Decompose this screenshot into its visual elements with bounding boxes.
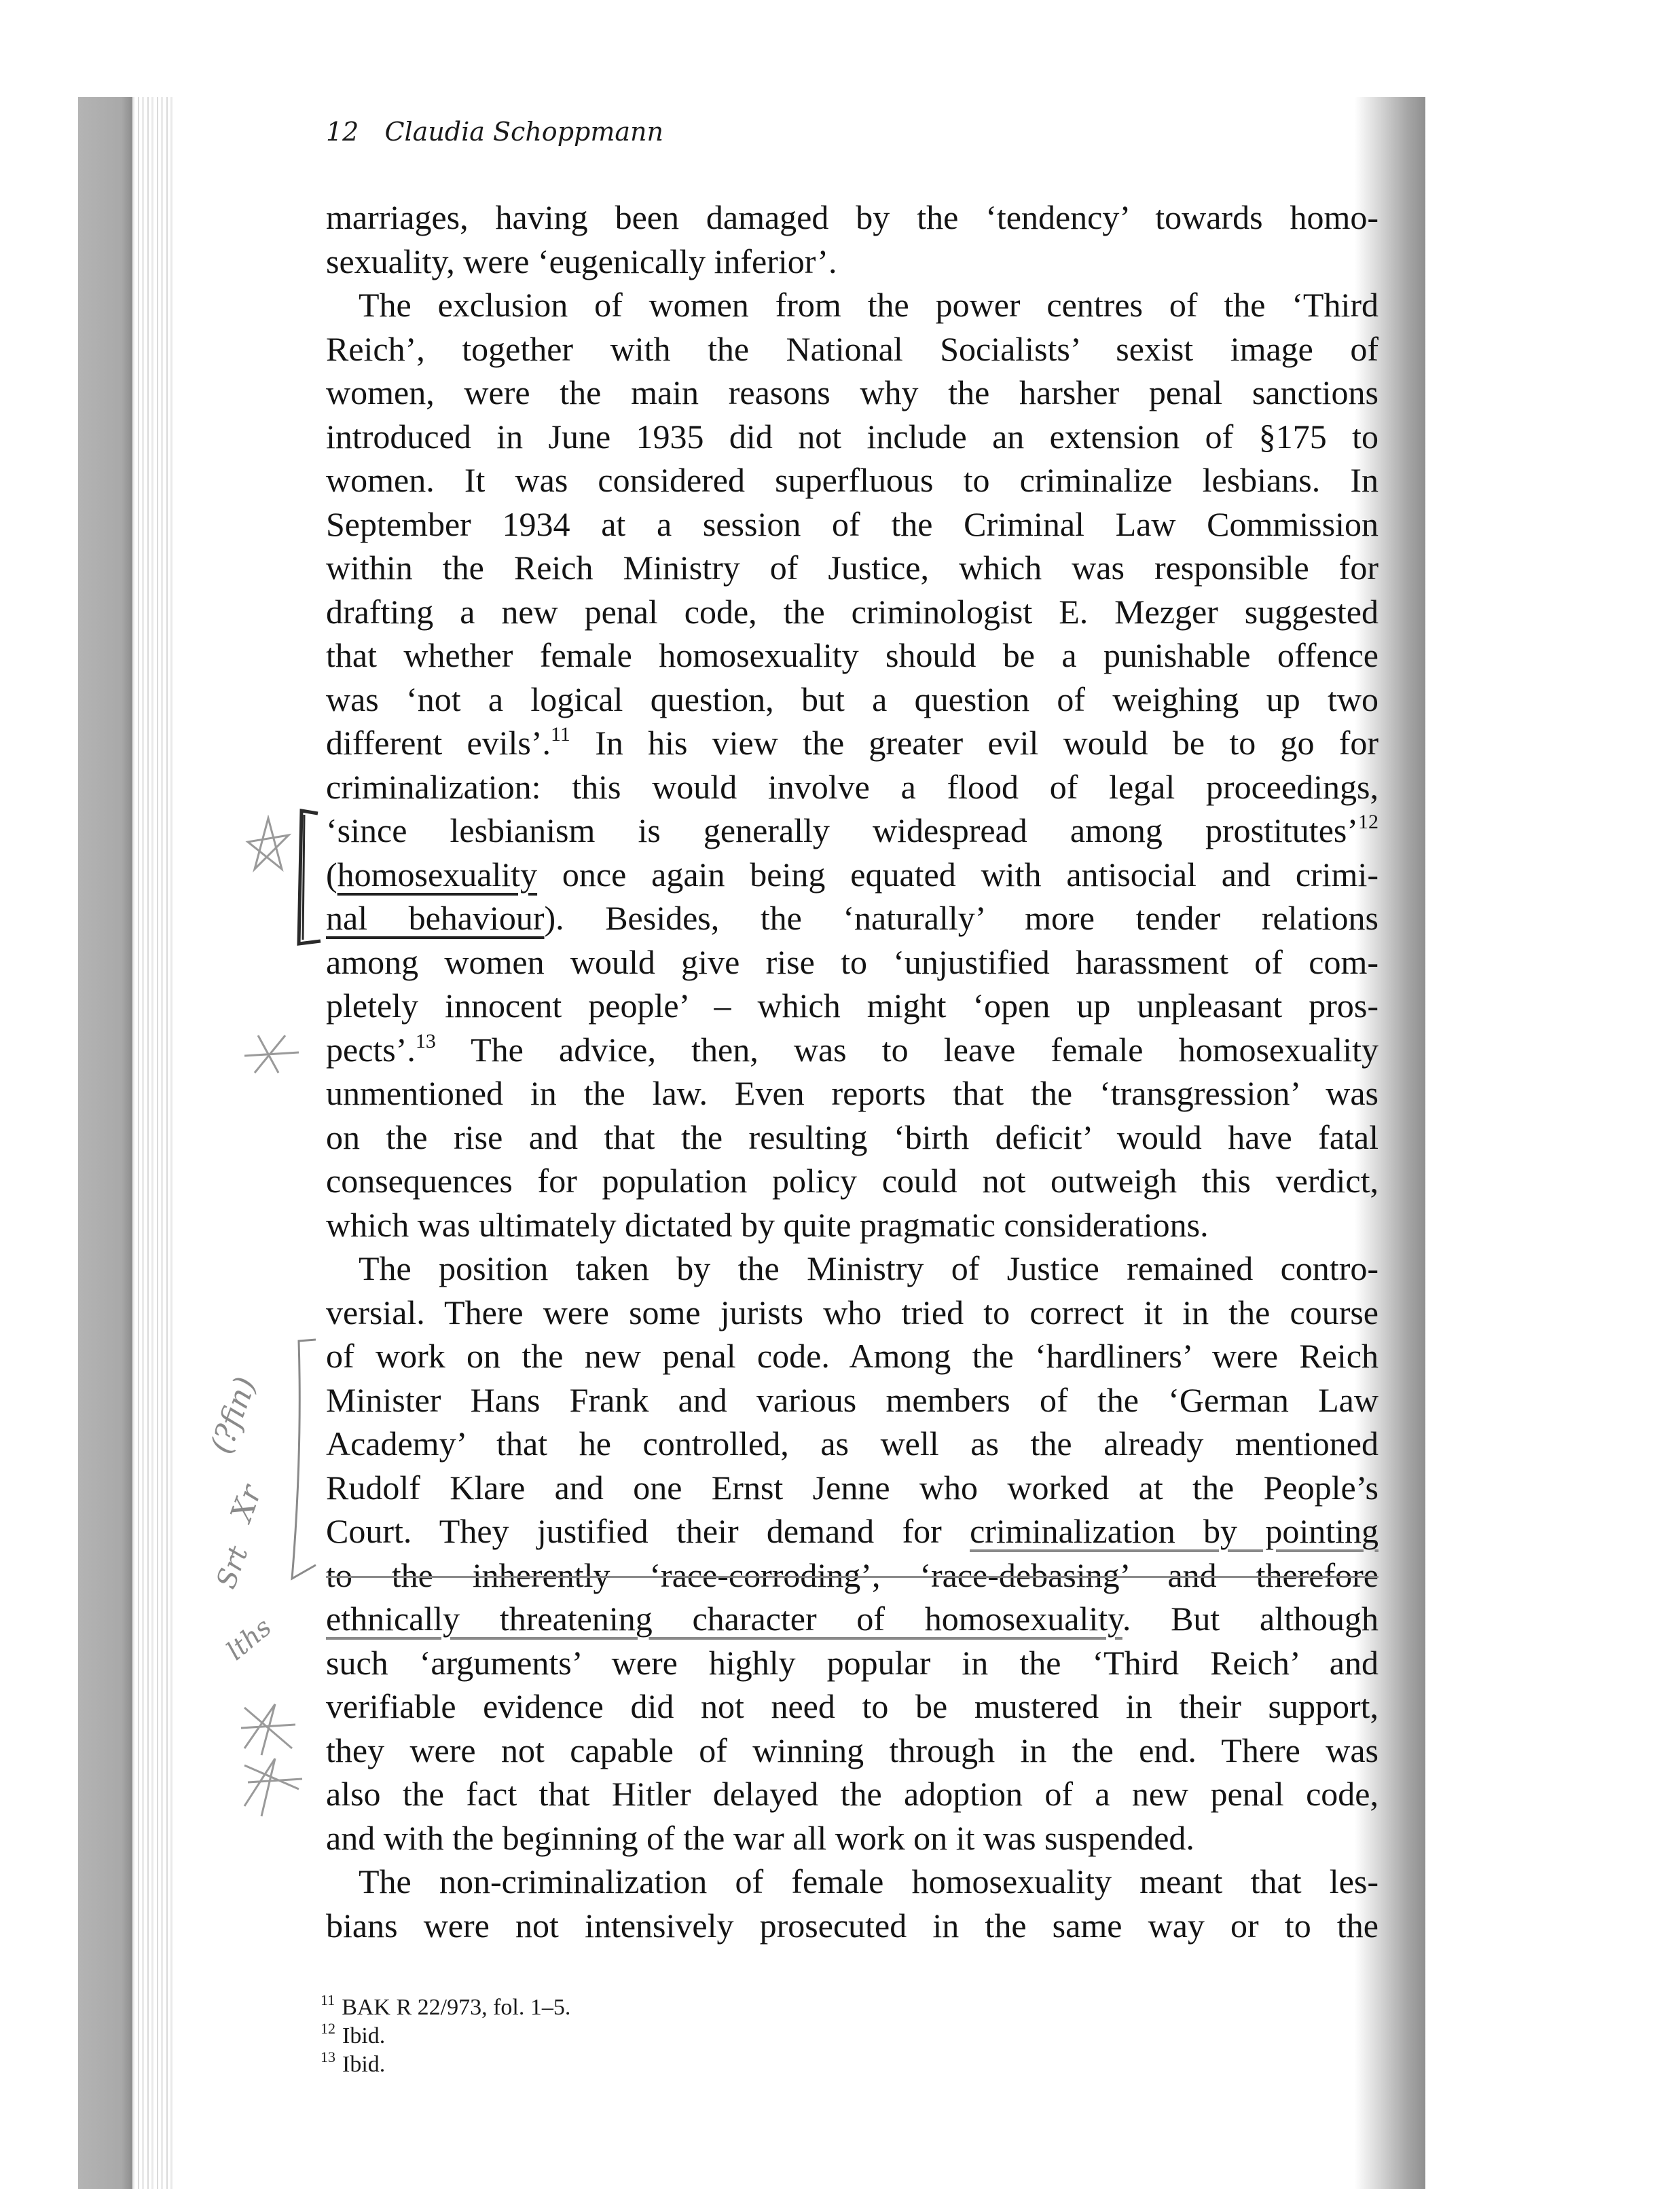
text-line: Court. They justified their demand for c… [326, 1509, 1378, 1553]
text-line: to the inherently ‘race-corroding’, ‘rac… [326, 1553, 1378, 1598]
text-line: and with the beginning of the war all wo… [326, 1816, 1378, 1860]
footnote-ref-12[interactable]: 12 [1358, 811, 1378, 833]
pencil-strike-line: to the inherently ‘race-corroding’, ‘rac… [326, 1556, 1378, 1594]
footnote-ref-11[interactable]: 11 [551, 723, 570, 746]
page-number: 12 [326, 117, 359, 147]
text-line: Academy’ that he controlled, as well as … [326, 1422, 1378, 1466]
text-line: drafting a new penal code, the criminolo… [326, 590, 1378, 634]
text-line: The position taken by the Ministry of Ju… [326, 1247, 1378, 1291]
text-line: that whether female homosexuality should… [326, 633, 1378, 678]
text-line: consequences for population policy could… [326, 1159, 1378, 1203]
footnote-12: 12Ibid. [321, 2022, 570, 2050]
left-scan-shadow [78, 97, 132, 2189]
footnote-11: 11BAK R 22/973, fol. 1–5. [321, 1993, 570, 2022]
footnote-13: 13Ibid. [321, 2050, 570, 2079]
pencil-underline: criminalization by pointing [970, 1512, 1378, 1550]
text-line: The exclusion of women from the power ce… [326, 283, 1378, 327]
underlined-nal-behaviour: nal behaviour [326, 899, 545, 937]
text-line: (homosexuality once again being equated … [326, 853, 1378, 897]
text-line: Minister Hans Frank and various members … [326, 1378, 1378, 1422]
text-line: ethnically threatening character of homo… [326, 1597, 1378, 1641]
text-line: Reich’, together with the National Socia… [326, 327, 1378, 371]
text-line: versial. There were some jurists who tri… [326, 1291, 1378, 1335]
text-line: was ‘not a logical question, but a quest… [326, 678, 1378, 722]
footnotes: 11BAK R 22/973, fol. 1–5. 12Ibid. 13Ibid… [321, 1993, 570, 2079]
pencil-star-icon [234, 1697, 302, 1759]
text-line: which was ultimately dictated by quite p… [326, 1203, 1378, 1247]
pencil-underline: ethnically threatening character of homo… [326, 1600, 1122, 1638]
text-line: sexuality, were ‘eugenically inferior’. [326, 240, 1378, 284]
text-line: women. It was considered superfluous to … [326, 458, 1378, 502]
text-line: marriages, having been damaged by the ‘t… [326, 196, 1378, 240]
text-line: of work on the new penal code. Among the… [326, 1334, 1378, 1378]
text-line: they were not capable of winning through… [326, 1729, 1378, 1773]
text-line: introduced in June 1935 did not include … [326, 415, 1378, 459]
text-line: Rudolf Klare and one Ernst Jenne who wor… [326, 1466, 1378, 1510]
text-line: such ‘arguments’ were highly popular in … [326, 1641, 1378, 1685]
footnote-ref-13[interactable]: 13 [416, 1030, 436, 1052]
text-line: criminalization: this would involve a fl… [326, 765, 1378, 809]
text-line: on the rise and that the resulting ‘birt… [326, 1116, 1378, 1160]
text-line: pletely innocent people’ – which might ‘… [326, 984, 1378, 1028]
text-line: nal behaviour). Besides, the ‘naturally’… [326, 896, 1378, 940]
text-line: within the Reich Ministry of Justice, wh… [326, 546, 1378, 590]
text-line: verifiable evidence did not need to be m… [326, 1685, 1378, 1729]
pencil-star-icon [241, 815, 295, 876]
body-text: marriages, having been damaged by the ‘t… [326, 196, 1378, 1947]
running-header: 12 Claudia Schoppmann [326, 117, 663, 147]
text-line: women, were the main reasons why the har… [326, 371, 1378, 415]
text-line: different evils’.11 In his view the grea… [326, 721, 1378, 765]
text-line: bians were not intensively prosecuted in… [326, 1904, 1378, 1948]
text-line: ‘since lesbianism is generally widesprea… [326, 809, 1378, 853]
text-line: September 1934 at a session of the Crimi… [326, 502, 1378, 547]
text-line: pects’.13 The advice, then, was to leave… [326, 1028, 1378, 1072]
text-line: among women would give rise to ‘unjustif… [326, 940, 1378, 985]
text-line: The non-criminalization of female homose… [326, 1860, 1378, 1904]
ink-bracket-icon [292, 808, 326, 951]
page-edge-lines [132, 97, 173, 2189]
pencil-star-icon [234, 1752, 309, 1820]
pencil-star-icon [238, 1032, 306, 1080]
text-line: also the fact that Hitler delayed the ad… [326, 1772, 1378, 1816]
underlined-homosexuality: homosexuality [337, 856, 537, 894]
text-line: unmentioned in the law. Even reports tha… [326, 1071, 1378, 1116]
pencil-bracket-icon [275, 1334, 323, 1592]
running-head-author: Claudia Schoppmann [384, 117, 663, 147]
